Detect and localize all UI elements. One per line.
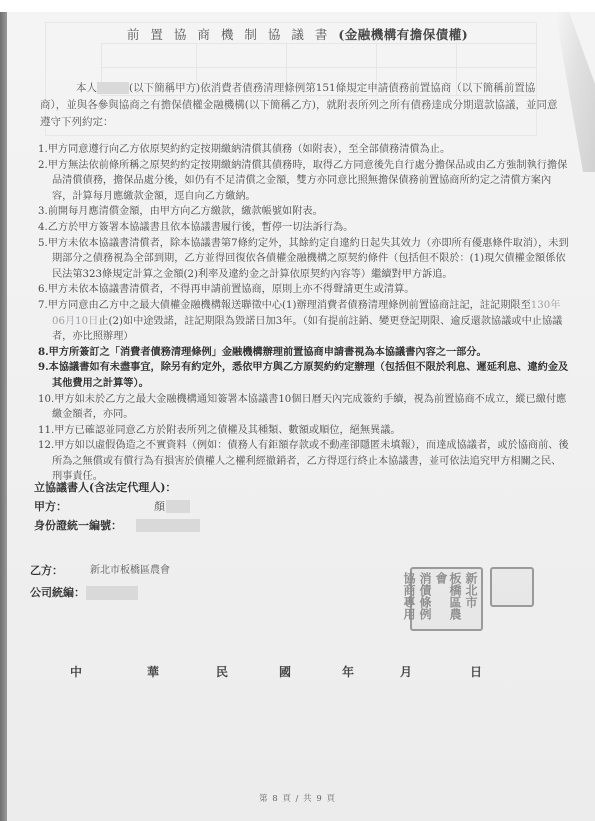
clause-item: 6.甲方未依本協議書清償者，不得再申請前置協商，原則上亦不得聲請更生或清算。: [38, 282, 570, 298]
scan-left-shadow: [0, 12, 7, 821]
clause-item: 11.甲方已確認並同意乙方於附表所列之債權及其種類、數額或順位，絕無異議。: [38, 423, 570, 439]
clause-item: 7.甲方同意由乙方中之最大債權金融機構報送聯徵中心(1)辦理消費者債務清理條例前…: [38, 298, 570, 345]
clause-item: 5.甲方未依本協議書清償者，除本協議書第7條約定外，其餘約定自違約日起失其效力（…: [38, 236, 570, 283]
redacted-party-a-surname-rest: [166, 500, 190, 513]
clause-item: 1.甲方同意遵行向乙方依原契約約定按期繳納清償其債務（如附表），至全部債務清償為…: [38, 142, 570, 158]
intro-paragraph: 本人(以下簡稱甲方)依消費者債務清理條例第151條規定申請債務前置協商（以下簡稱…: [40, 80, 560, 131]
party-b-label: 乙方：: [30, 560, 63, 582]
clause-list: 1.甲方同意遵行向乙方依原契約約定按期繳納清償其債務（如附表），至全部債務清償為…: [38, 142, 570, 485]
redacted-id-number: [136, 519, 200, 532]
intro-prefix: 本人: [76, 82, 97, 94]
page-number: 第 8 頁 / 共 9 頁: [0, 792, 595, 804]
scan-top-margin: [0, 0, 595, 12]
clause-item: 3.前開每月應清償金額，由甲方向乙方繳款，繳款帳號如附表。: [38, 204, 570, 220]
title-subtitle: (金融機構有擔保債權): [338, 27, 468, 42]
clause-item: 2.甲方無法依前條所稱之原契約約定按期繳納清償其債務時，取得乙方同意後先自行處分…: [38, 158, 570, 205]
document-title: 前置協商機制協議書(金融機構有擔保債權): [0, 25, 595, 43]
official-seal-stamp: 新北市板橋區農會消債條例協商專用: [410, 567, 483, 631]
id-number-label: 身份證統一編號：: [34, 516, 122, 535]
party-a-name: 顏: [154, 497, 165, 516]
signatory-heading: 立協議書人(含法定代理人)：: [34, 478, 176, 497]
title-main: 前置協商機制協議書: [127, 27, 339, 42]
party-a-label: 甲方：: [34, 497, 67, 516]
clause-item: 10.甲方如未於乙方之最大金融機構通知簽署本協議書10個日曆天內完成簽約手續，視…: [38, 392, 570, 423]
personal-seal-stamp: [490, 567, 534, 607]
party-b-name: 新北市板橋區農會: [90, 560, 170, 582]
company-id-label: 公司統編：: [30, 582, 85, 604]
clause-item: 9.本協議書如有未盡事宜，除另有約定外，悉依甲方與乙方原契約約定辦理（包括但不限…: [38, 360, 570, 391]
redacted-company-id: [86, 586, 138, 600]
redacted-party-a-name: [97, 82, 129, 94]
clause-item: 4.乙方於甲方簽署本協議書且依本協議書履行後，暫停一切法訴行為。: [38, 220, 570, 236]
clause-item: 8.甲方所簽訂之「消費者債務清理條例」金融機構辦理前置協商申請書視為本協議書內容…: [38, 345, 570, 361]
